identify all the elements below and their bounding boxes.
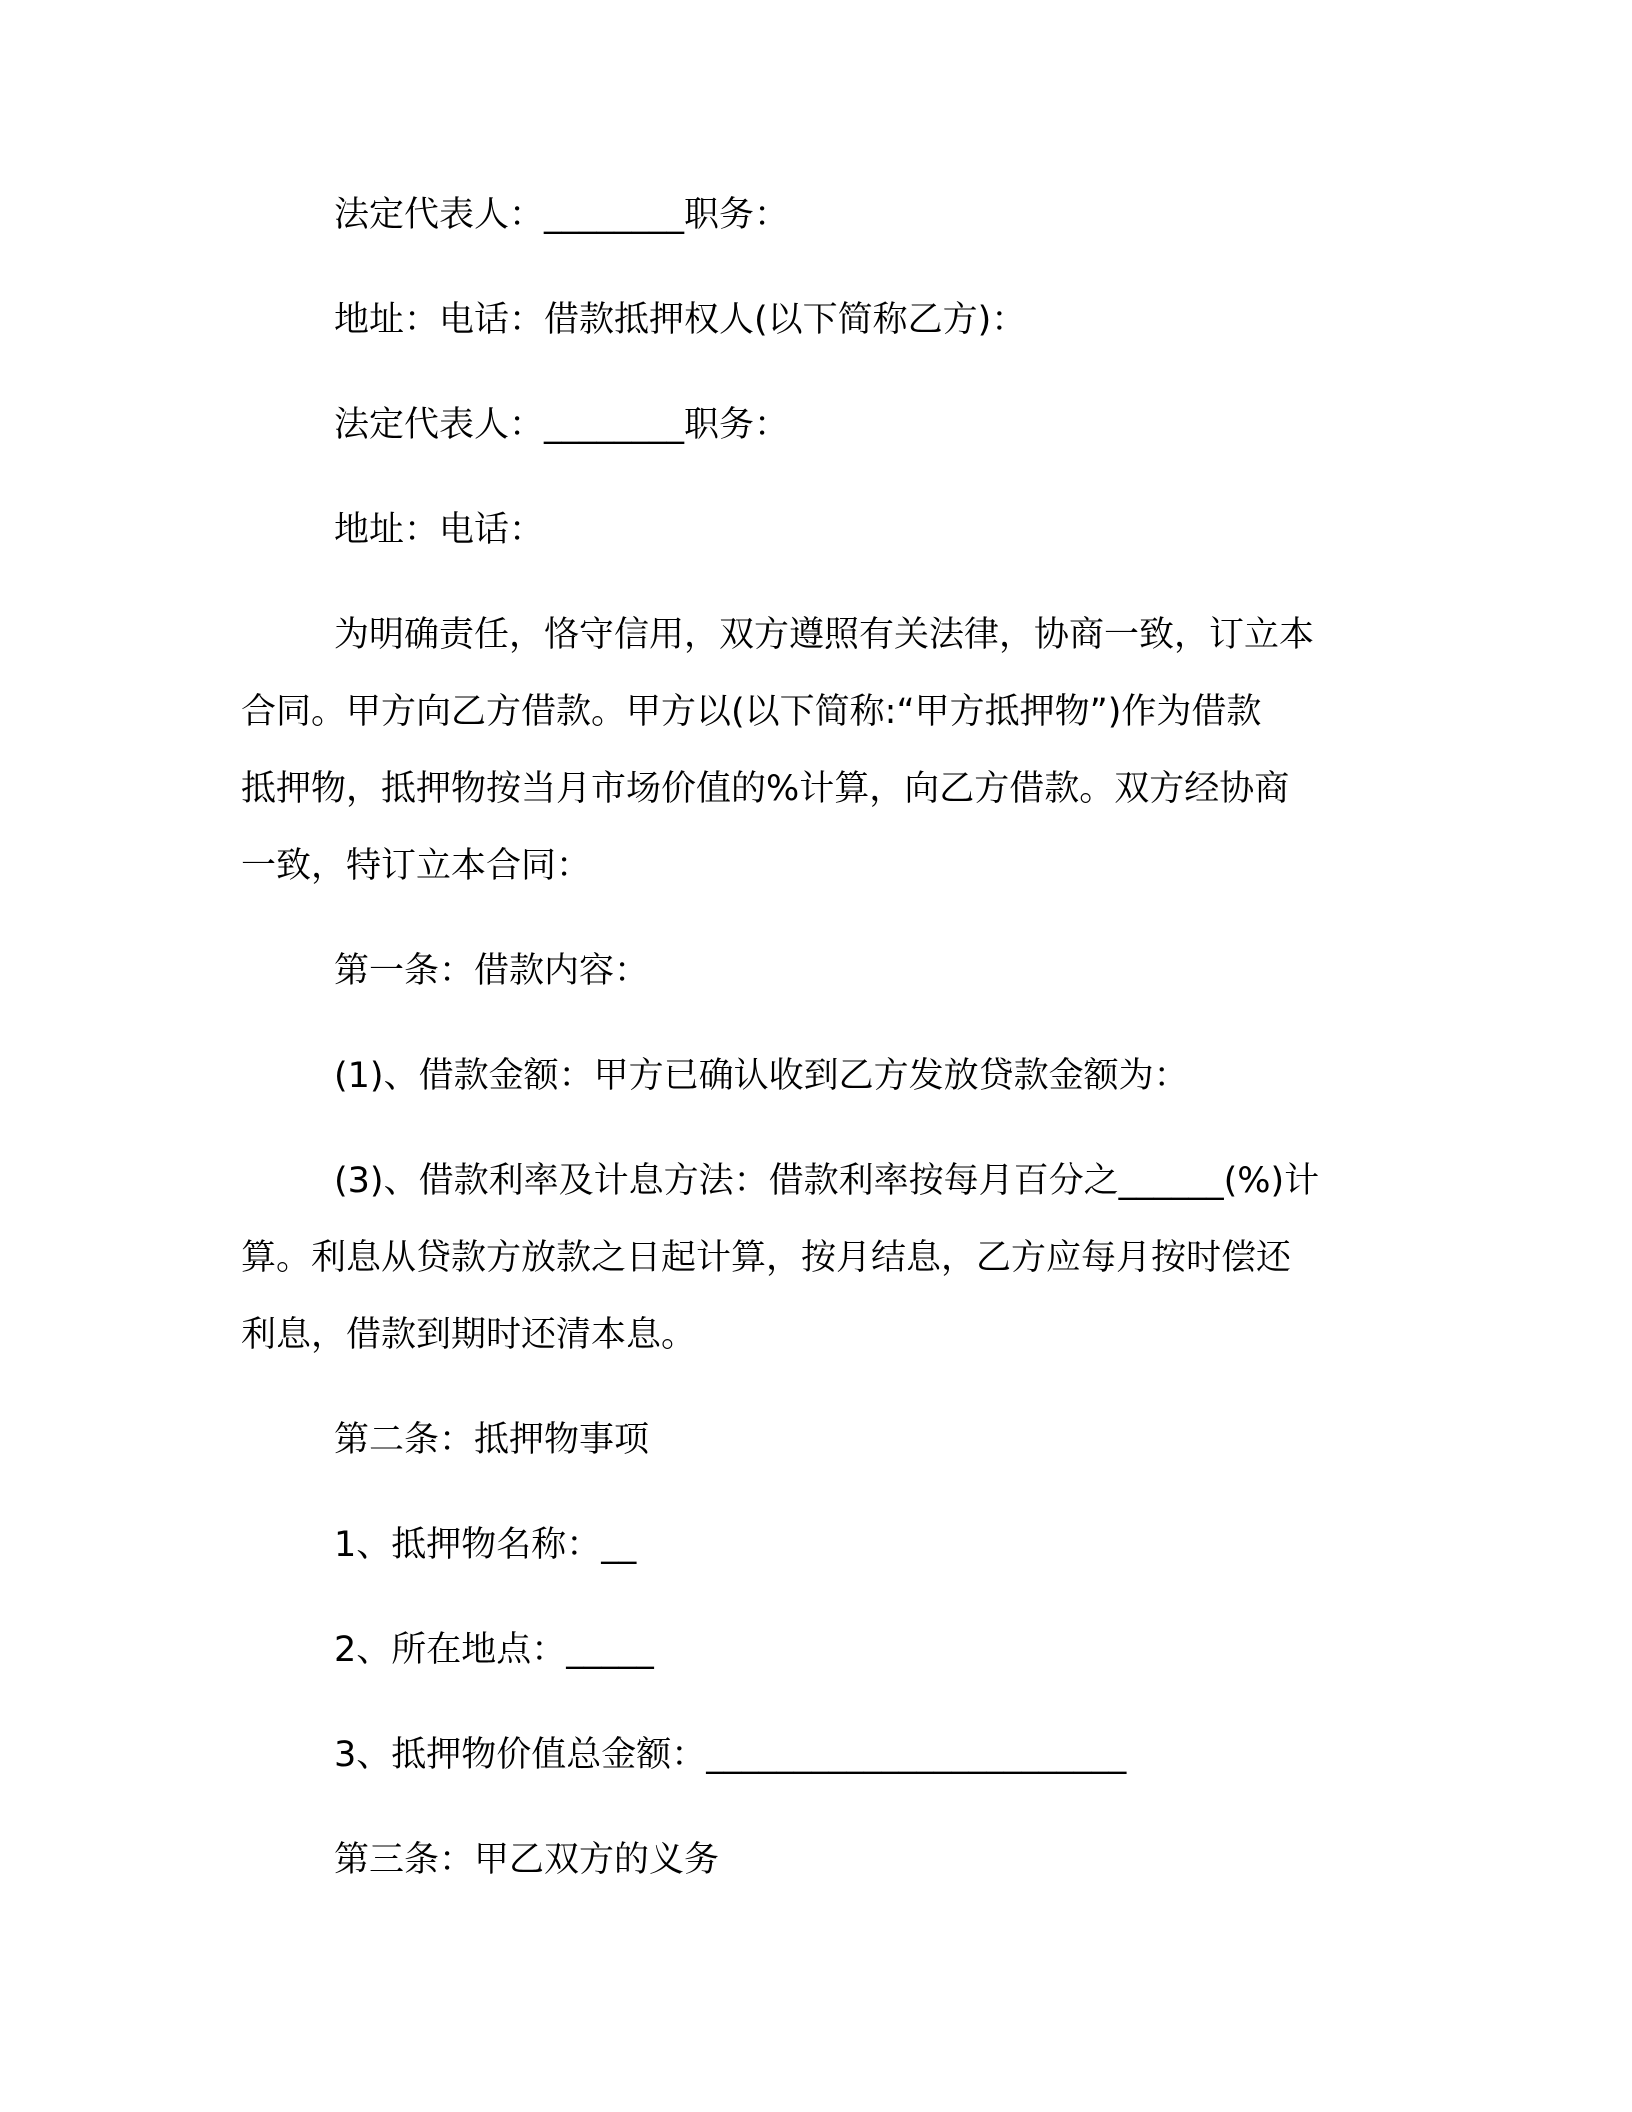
article-2-heading: 第二条：抵押物事项 [241,1402,1391,1479]
document-body: 法定代表人：________职务： 地址：电话：借款抵押权人(以下简称乙方)： … [241,177,1391,1927]
document-page: 法定代表人：________职务： 地址：电话：借款抵押权人(以下简称乙方)： … [0,0,1632,2112]
collateral-name-item: 1、抵押物名称：__ [241,1507,1391,1584]
text-line: 第一条：借款内容： [241,933,1391,1010]
collateral-value-item: 3、抵押物价值总金额：________________________ [241,1717,1391,1794]
article-1-heading: 第一条：借款内容： [241,933,1391,1010]
text-line: 法定代表人：________职务： [241,387,1391,464]
text-line: 合同。甲方向乙方借款。甲方以(以下简称:“甲方抵押物”)作为借款 [241,674,1391,751]
collateral-location-item: 2、所在地点：_____ [241,1612,1391,1689]
legal-representative-party-b: 法定代表人：________职务： [241,387,1391,464]
text-line: 利息，借款到期时还清本息。 [241,1297,1391,1374]
text-line: 一致，特订立本合同： [241,828,1391,905]
legal-representative-party-a: 法定代表人：________职务： [241,177,1391,254]
text-line: 地址：电话： [241,492,1391,569]
text-line: (3)、借款利率及计息方法：借款利率按每月百分之______(%)计 [241,1143,1391,1220]
loan-amount-clause: (1)、借款金额：甲方已确认收到乙方发放贷款金额为： [241,1038,1391,1115]
text-line: 地址：电话：借款抵押权人(以下简称乙方)： [241,282,1391,359]
interest-rate-clause: (3)、借款利率及计息方法：借款利率按每月百分之______(%)计 算。利息从… [241,1143,1391,1374]
preamble-paragraph: 为明确责任，恪守信用，双方遵照有关法律，协商一致，订立本 合同。甲方向乙方借款。… [241,597,1391,905]
text-line: 抵押物，抵押物按当月市场价值的%计算，向乙方借款。双方经协商 [241,751,1391,828]
address-phone-party-b-intro: 地址：电话：借款抵押权人(以下简称乙方)： [241,282,1391,359]
text-line: (1)、借款金额：甲方已确认收到乙方发放贷款金额为： [241,1038,1391,1115]
text-line: 第三条：甲乙双方的义务 [241,1822,1391,1899]
text-line: 1、抵押物名称：__ [241,1507,1391,1584]
text-line: 第二条：抵押物事项 [241,1402,1391,1479]
article-3-heading: 第三条：甲乙双方的义务 [241,1822,1391,1899]
text-line: 算。利息从贷款方放款之日起计算，按月结息，乙方应每月按时偿还 [241,1220,1391,1297]
address-phone-party-b: 地址：电话： [241,492,1391,569]
text-line: 2、所在地点：_____ [241,1612,1391,1689]
text-line: 法定代表人：________职务： [241,177,1391,254]
text-line: 3、抵押物价值总金额：________________________ [241,1717,1391,1794]
text-line: 为明确责任，恪守信用，双方遵照有关法律，协商一致，订立本 [241,597,1391,674]
